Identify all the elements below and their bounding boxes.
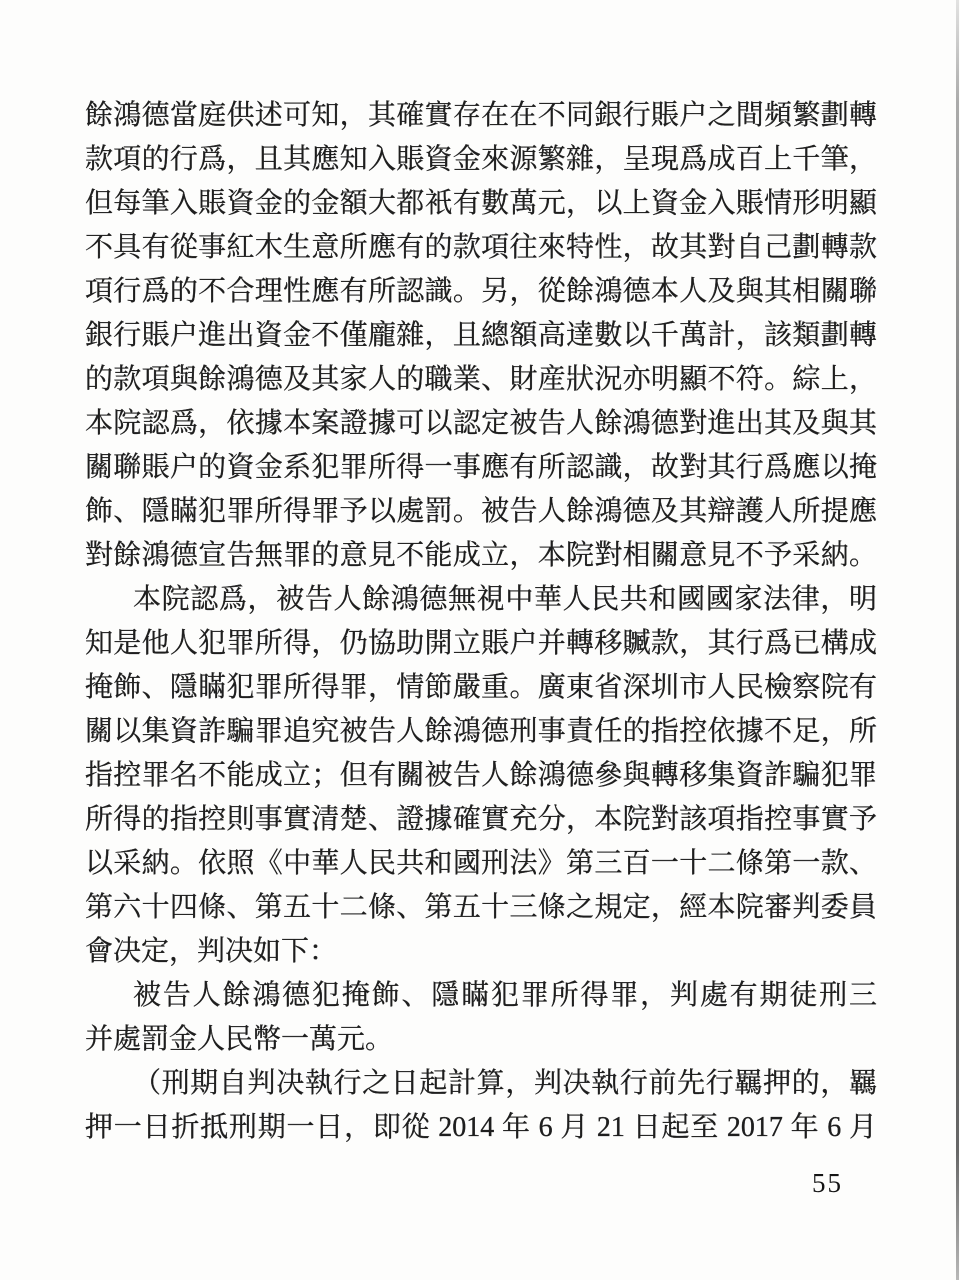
text-line: 所得的指控則事實清楚、證據確實充分，本院對該項指控事實予 <box>85 798 877 842</box>
text-line: 指控罪名不能成立；但有關被告人餘鴻德參與轉移集資詐騙犯罪 <box>85 754 877 798</box>
text-line: 以采納。依照《中華人民共和國刑法》第三百一十二條第一款、 <box>85 842 877 886</box>
page-number: 55 <box>812 1168 843 1199</box>
text-line: 掩飾、隱瞞犯罪所得罪，情節嚴重。廣東省深圳市人民檢察院有 <box>85 666 877 710</box>
text-line: 關聯賬户的資金系犯罪所得一事應有所認識，故對其行爲應以掩 <box>85 446 877 490</box>
text-line: 本院認爲，依據本案證據可以認定被告人餘鴻德對進出其及與其 <box>85 402 877 446</box>
body-text: 餘鴻德當庭供述可知，其確實存在在不同銀行賬户之間頻繁劃轉款項的行爲，且其應知入賬… <box>85 94 877 1150</box>
text-line: 對餘鴻德宣告無罪的意見不能成立，本院對相關意見不予采納。 <box>85 534 877 578</box>
text-line: 項行爲的不合理性應有所認識。另，從餘鴻德本人及與其相關聯 <box>85 270 877 314</box>
text-line: 不具有從事紅木生意所應有的款項往來特性，故其對自己劃轉款 <box>85 226 877 270</box>
text-line: 餘鴻德當庭供述可知，其確實存在在不同銀行賬户之間頻繁劃轉 <box>85 94 877 138</box>
text-line: 第六十四條、第五十二條、第五十三條之規定，經本院審判委員 <box>85 886 877 930</box>
text-line: 飾、隱瞞犯罪所得罪予以處罰。被告人餘鴻德及其辯護人所提應 <box>85 490 877 534</box>
text-line: 被告人餘鴻德犯掩飾、隱瞞犯罪所得罪，判處有期徒刑三年， <box>85 974 877 1018</box>
text-line: 會决定，判决如下： <box>85 930 877 974</box>
text-line: 但每筆入賬資金的金額大都衹有數萬元，以上資金入賬情形明顯 <box>85 182 877 226</box>
text-line: 押一日折抵刑期一日，即從 2014 年 6 月 21 日起至 2017 年 6 … <box>85 1106 877 1150</box>
text-line: 關以集資詐騙罪追究被告人餘鴻德刑事責任的指控依據不足，所 <box>85 710 877 754</box>
text-line: 款項的行爲，且其應知入賬資金來源繁雜，呈現爲成百上千筆， <box>85 138 877 182</box>
text-line: 銀行賬户進出資金不僅龐雜，且總額高達數以千萬計，該類劃轉 <box>85 314 877 358</box>
text-line: 本院認爲，被告人餘鴻德無視中華人民共和國國家法律，明 <box>85 578 877 622</box>
scanned-page: 餘鴻德當庭供述可知，其確實存在在不同銀行賬户之間頻繁劃轉款項的行爲，且其應知入賬… <box>0 0 960 1280</box>
scan-edge-artifact <box>956 0 959 1280</box>
text-line: 的款項與餘鴻德及其家人的職業、財産狀況亦明顯不符。綜上， <box>85 358 877 402</box>
text-line: 并處罰金人民幣一萬元。 <box>85 1018 877 1062</box>
text-line: 知是他人犯罪所得，仍協助開立賬户并轉移贓款，其行爲已構成 <box>85 622 877 666</box>
text-line: （刑期自判决執行之日起計算，判决執行前先行羈押的，羈 <box>85 1062 877 1106</box>
